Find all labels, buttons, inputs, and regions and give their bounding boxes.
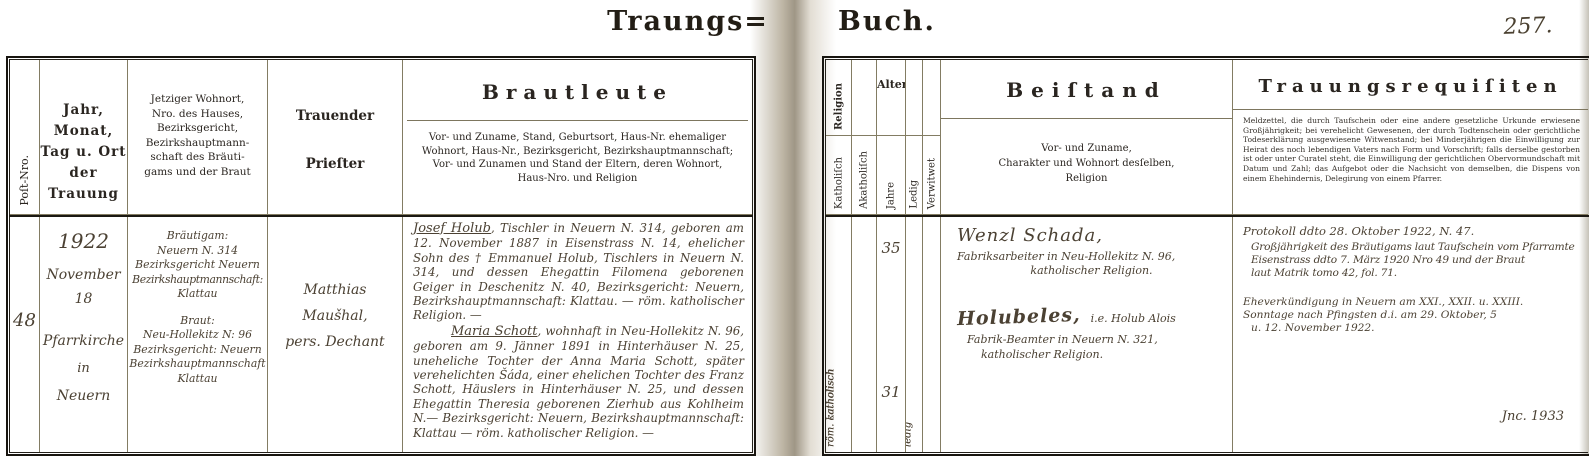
entry-ages: 35 31 xyxy=(877,215,905,452)
entry-akatholisch-empty xyxy=(852,215,876,452)
alter-label: Alter xyxy=(877,78,905,91)
header-alter: Alter Jahre xyxy=(877,60,905,215)
groom-name: Josef Holub xyxy=(413,221,491,236)
header-date: Jahr,Monat,Tag u. Ortder Trauung xyxy=(40,60,127,215)
bride-age: 31 xyxy=(877,383,905,401)
year-annotation: Jnc. 1933 xyxy=(1502,409,1564,424)
groom-age: 35 xyxy=(877,239,905,257)
header-priest: TrauenderPrieſter xyxy=(268,60,402,215)
header-akatholisch: Akatholiſch xyxy=(852,60,876,215)
column-residence: Jetziger Wohnort,Nro. des Hauses,Bezirks… xyxy=(128,60,268,452)
header-brautleute: Brautleute Vor- und Zuname, Stand, Gebur… xyxy=(403,60,752,215)
jahre-label: Jahre xyxy=(886,182,897,209)
header-divider-rule xyxy=(825,215,1589,217)
column-beistand: Beiſtand Vor- und Zuname,Charakter und W… xyxy=(941,60,1233,452)
katholisch-label: Katholiſch xyxy=(833,157,844,209)
register-scan: Traungs= Buch. 257. Poſt-Nro. 48 Jahr,Mo… xyxy=(0,0,1589,456)
bride-religion: röm. katholisch xyxy=(826,347,837,447)
entry-requisiten: Protokoll ddto 28. Oktober 1922, N. 47.G… xyxy=(1233,215,1588,452)
religion-group-header: Religion xyxy=(826,60,851,136)
column-date: Jahr,Monat,Tag u. Ortder Trauung 1922Nov… xyxy=(40,60,128,452)
column-ledig: Ledig ledig ledig xyxy=(906,60,923,452)
header-residence: Jetziger Wohnort,Nro. des Hauses,Bezirks… xyxy=(128,60,267,215)
entry-priest: MatthiasMaušhal,pers. Dechant xyxy=(268,215,402,452)
witness2-details: Fabrik-Beamter in Neuern N. 321,katholis… xyxy=(957,332,1226,362)
witness1-name: Wenzl Schada, xyxy=(957,225,1226,246)
column-akatholisch: Akatholiſch xyxy=(852,60,877,452)
akatholisch-label: Akatholiſch xyxy=(859,151,870,209)
book-title-left: Traungs= xyxy=(588,6,788,37)
brautleute-title: Brautleute xyxy=(403,80,752,104)
column-katholisch: Religion Katholiſch röm. catholisch röm.… xyxy=(826,60,852,452)
page-number: 257. xyxy=(1478,12,1579,40)
column-jahre: Alter Jahre 35 31 xyxy=(877,60,906,452)
header-katholisch: Religion Katholiſch xyxy=(826,60,851,215)
header-post-nro: Poſt-Nro. xyxy=(10,60,39,215)
bride-status: ledig xyxy=(906,377,914,447)
header-requisiten: Trauungsrequiſiten Meldzettel, die durch… xyxy=(1233,60,1588,215)
beistand-subtitle: Vor- und Zuname,Charakter und Wohnort de… xyxy=(941,119,1232,186)
entry-post-nro: 48 xyxy=(10,215,39,452)
religion-label: Religion xyxy=(833,68,844,130)
bride-paragraph: Maria Schott, wohnhaft in Neu-Hollekitz … xyxy=(413,324,744,440)
witness1-details: Fabriksarbeiter in Neu-Hollekitz N. 96,k… xyxy=(957,250,1226,278)
left-page-table: Poſt-Nro. 48 Jahr,Monat,Tag u. Ortder Tr… xyxy=(6,56,756,456)
column-trauungsrequisiten: Trauungsrequiſiten Meldzettel, die durch… xyxy=(1233,60,1588,452)
witness2-signature: Holubeles, xyxy=(957,304,1081,330)
ledig-label: Ledig xyxy=(909,180,920,209)
column-brautleute: Brautleute Vor- und Zuname, Stand, Gebur… xyxy=(403,60,752,452)
bride-details: , wohnhaft in Neu-Hollekitz N. 96, gebor… xyxy=(413,324,744,440)
header-divider-rule xyxy=(9,215,753,217)
post-nro-label: Poſt-Nro. xyxy=(18,155,31,206)
witness2-note: i.e. Holub Alois xyxy=(1091,312,1176,328)
entry-residence: Bräutigam:Neuern N. 314Bezirksgericht Ne… xyxy=(128,215,267,452)
header-ledig: Ledig xyxy=(906,60,922,215)
requisiten-title: Trauungsrequiſiten xyxy=(1233,76,1588,97)
witness2-signature-row: Holubeles, i.e. Holub Alois xyxy=(957,306,1226,328)
entry-status: ledig ledig xyxy=(906,215,922,452)
entry-religion: röm. catholisch röm. katholisch xyxy=(826,215,851,452)
right-page-table: Religion Katholiſch röm. catholisch röm.… xyxy=(822,56,1589,456)
column-post-nro: Poſt-Nro. 48 xyxy=(10,60,40,452)
bride-name: Maria Schott xyxy=(451,324,538,339)
brautleute-subtitle: Vor- und Zuname, Stand, Geburtsort, Haus… xyxy=(403,121,752,185)
entry-date: 1922November18PfarrkircheinNeuern xyxy=(40,215,127,452)
column-verwitwet: Verwitwet xyxy=(923,60,941,452)
entry-brautleute: Josef Holub, Tischler in Neuern N. 314, … xyxy=(403,215,752,452)
requisiten-description: Meldzettel, die durch Taufschein oder ei… xyxy=(1233,110,1588,183)
groom-paragraph: Josef Holub, Tischler in Neuern N. 314, … xyxy=(413,221,744,323)
header-beistand: Beiſtand Vor- und Zuname,Charakter und W… xyxy=(941,60,1232,215)
verwitwet-label: Verwitwet xyxy=(926,158,937,209)
column-priest: TrauenderPrieſter MatthiasMaušhal,pers. … xyxy=(268,60,403,452)
groom-details: , Tischler in Neuern N. 314, geboren am … xyxy=(413,221,744,322)
entry-beistand: Wenzl Schada, Fabriksarbeiter in Neu-Hol… xyxy=(941,215,1232,452)
book-title-right: Buch. xyxy=(838,6,978,37)
entry-verwitwet-empty xyxy=(923,215,940,452)
requisiten-notes: Protokoll ddto 28. Oktober 1922, N. 47.G… xyxy=(1233,215,1588,335)
header-verwitwet: Verwitwet xyxy=(923,60,940,215)
alter-group-header: Alter xyxy=(877,60,905,136)
beistand-title: Beiſtand xyxy=(941,78,1232,102)
